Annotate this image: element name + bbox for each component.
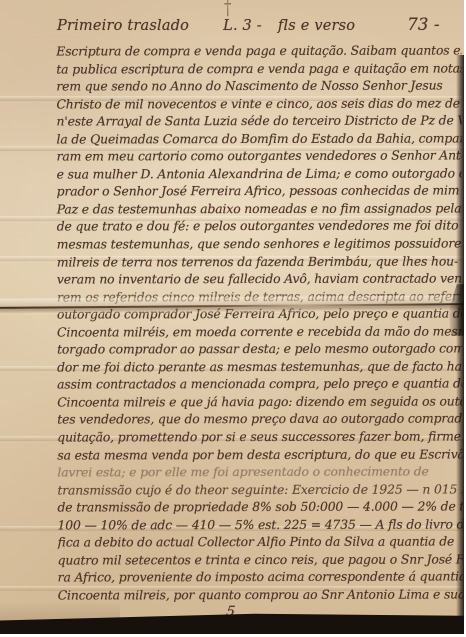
manuscript-line: Paz e das testemunhas abaixo nomeadas e … — [57, 199, 462, 218]
header-folio-ref: fls e verso — [278, 18, 355, 34]
manuscript-line: ta publica escriptura de compra e venda … — [56, 59, 461, 78]
manuscript-line: Escriptura de compra e venda paga e quit… — [56, 41, 461, 60]
manuscript-line: mesmas testemunhas, que sendo senhores e… — [57, 234, 462, 253]
header-book-ref: L. 3 - — [223, 18, 262, 34]
manuscript-line: prador o Senhor José Ferreira Africo, pe… — [57, 182, 462, 201]
manuscript-line: n'este Arrayal de Santa Luzia séde do te… — [56, 112, 461, 131]
manuscript-line: lavrei esta; e por elle me foi apresenta… — [57, 463, 462, 482]
manuscript-line: rem que sendo no Anno do Nascimento de N… — [56, 77, 461, 96]
catchword-mark: 5 — [225, 604, 236, 620]
manuscript-line: veram no inventario de seu fallecido Avô… — [57, 270, 462, 289]
manuscript-line: rem os referidos cinco milreis de terras… — [57, 287, 462, 306]
manuscript-line: de transmissão de propriedade 8% sob 50:… — [57, 498, 462, 517]
manuscript-line: quatro mil setecentos e trinta e cinco r… — [58, 550, 463, 569]
manuscript-line: torgado comprador ao passar desta; e pel… — [57, 340, 462, 359]
manuscript-line: 100 — 10% de adc — 410 — 5% est. 225 = 4… — [58, 515, 463, 534]
manuscript-line: milreis de terra nos terrenos da fazenda… — [57, 252, 462, 271]
header-page-number: 73 - — [407, 15, 440, 34]
manuscript-line: e sua mulher D. Antonia Alexandrina de L… — [57, 164, 462, 183]
manuscript-line: Cincoenta milreis, por quanto comprou ao… — [58, 585, 463, 604]
manuscript-line: ram em meu cartorio como outorgantes ven… — [57, 147, 462, 166]
manuscript-line: fica a debito do actual Collector Alfio … — [58, 533, 463, 552]
manuscript-line: Cincoenta milréis, em moeda corrente e r… — [57, 322, 462, 341]
manuscript-line: ra Africo, proveniente do imposto acima … — [58, 568, 463, 587]
manuscript-line: Cincoenta milreis e que já havia pago: d… — [57, 392, 462, 411]
scanned-document-photo: † Primeiro trasladoL. 3 -fls e verso73 -… — [0, 0, 466, 637]
manuscript-line: dor me foi dicto perante as mesmas teste… — [57, 357, 462, 376]
manuscript-line: la de Queimadas Comarca do Bomfim do Est… — [56, 129, 461, 148]
manuscript-line: transmissão cujo é do theor seguinte: Ex… — [57, 480, 462, 499]
manuscript-line: Christo de mil novecentos e vinte e cinc… — [56, 94, 461, 113]
manuscript-line: sa esta mesma venda por bem desta escrip… — [57, 445, 462, 464]
manuscript-line: tes vendedores, que do mesmo preço dava … — [57, 410, 462, 429]
manuscript-line: assim contractados a mencionada compra, … — [57, 375, 462, 394]
manuscript-body: Escriptura de compra e venda paga e quit… — [56, 41, 462, 604]
header-title: Primeiro traslado — [57, 18, 189, 34]
manuscript-line: quitação, promettendo por si e seus succ… — [57, 428, 462, 447]
manuscript-page: † Primeiro trasladoL. 3 -fls e verso73 -… — [0, 0, 464, 634]
manuscript-header: Primeiro trasladoL. 3 -fls e verso73 - — [57, 15, 458, 34]
manuscript-line: de que trato e dou fé: e pelos outorgant… — [57, 217, 462, 236]
manuscript-line: outorgado comprador José Ferreira Africo… — [57, 305, 462, 324]
